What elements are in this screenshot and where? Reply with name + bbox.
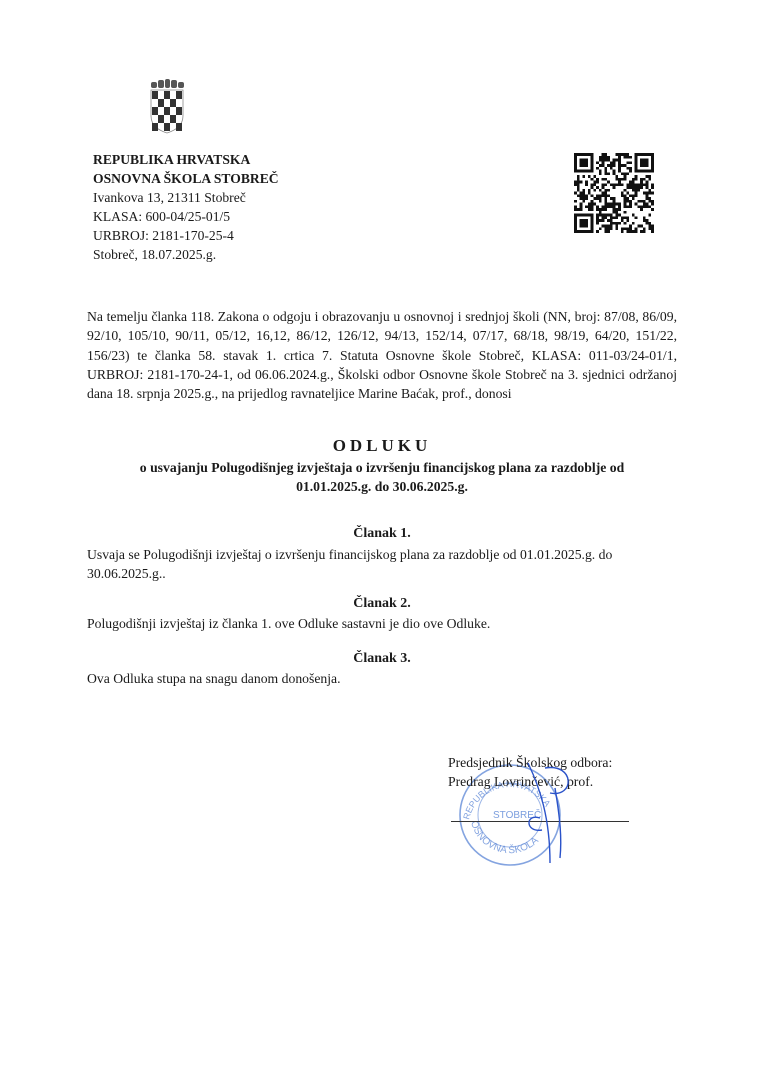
article-1-body: Usvaja se Polugodišnji izvještaj o izvrš… — [87, 545, 677, 583]
article-1-heading: Članak 1. — [87, 526, 677, 542]
subtitle-line-2: 01.01.2025.g. do 30.06.2025.g. — [87, 477, 677, 496]
handwritten-signature-icon — [520, 758, 580, 868]
qr-code-icon — [574, 153, 654, 233]
article-3-heading: Članak 3. — [87, 651, 677, 667]
klasa: KLASA: 600-04/25-01/5 — [93, 207, 279, 226]
preamble: Na temelju članka 118. Zakona o odgoju i… — [87, 307, 677, 403]
urbroj: URBROJ: 2181-170-25-4 — [93, 226, 279, 245]
country-name: REPUBLIKA HRVATSKA — [93, 150, 279, 169]
decision-title: ODLUKU — [87, 436, 677, 456]
article-2-body: Polugodišnji izvještaj iz članka 1. ove … — [87, 614, 677, 633]
school-address: Ivankova 13, 21311 Stobreč — [93, 188, 279, 207]
article-2-heading: Članak 2. — [87, 596, 677, 612]
article-3-body: Ova Odluka stupa na snagu danom donošenj… — [87, 669, 677, 688]
school-name: OSNOVNA ŠKOLA STOBREČ — [93, 169, 279, 188]
subtitle-line-1: o usvajanju Polugodišnjeg izvještaja o i… — [87, 458, 677, 477]
place-date: Stobreč, 18.07.2025.g. — [93, 245, 279, 264]
croatian-coat-of-arms-icon — [148, 78, 186, 134]
header-block: REPUBLIKA HRVATSKA OSNOVNA ŠKOLA STOBREČ… — [93, 150, 279, 264]
decision-subtitle: o usvajanju Polugodišnjeg izvještaja o i… — [87, 458, 677, 496]
